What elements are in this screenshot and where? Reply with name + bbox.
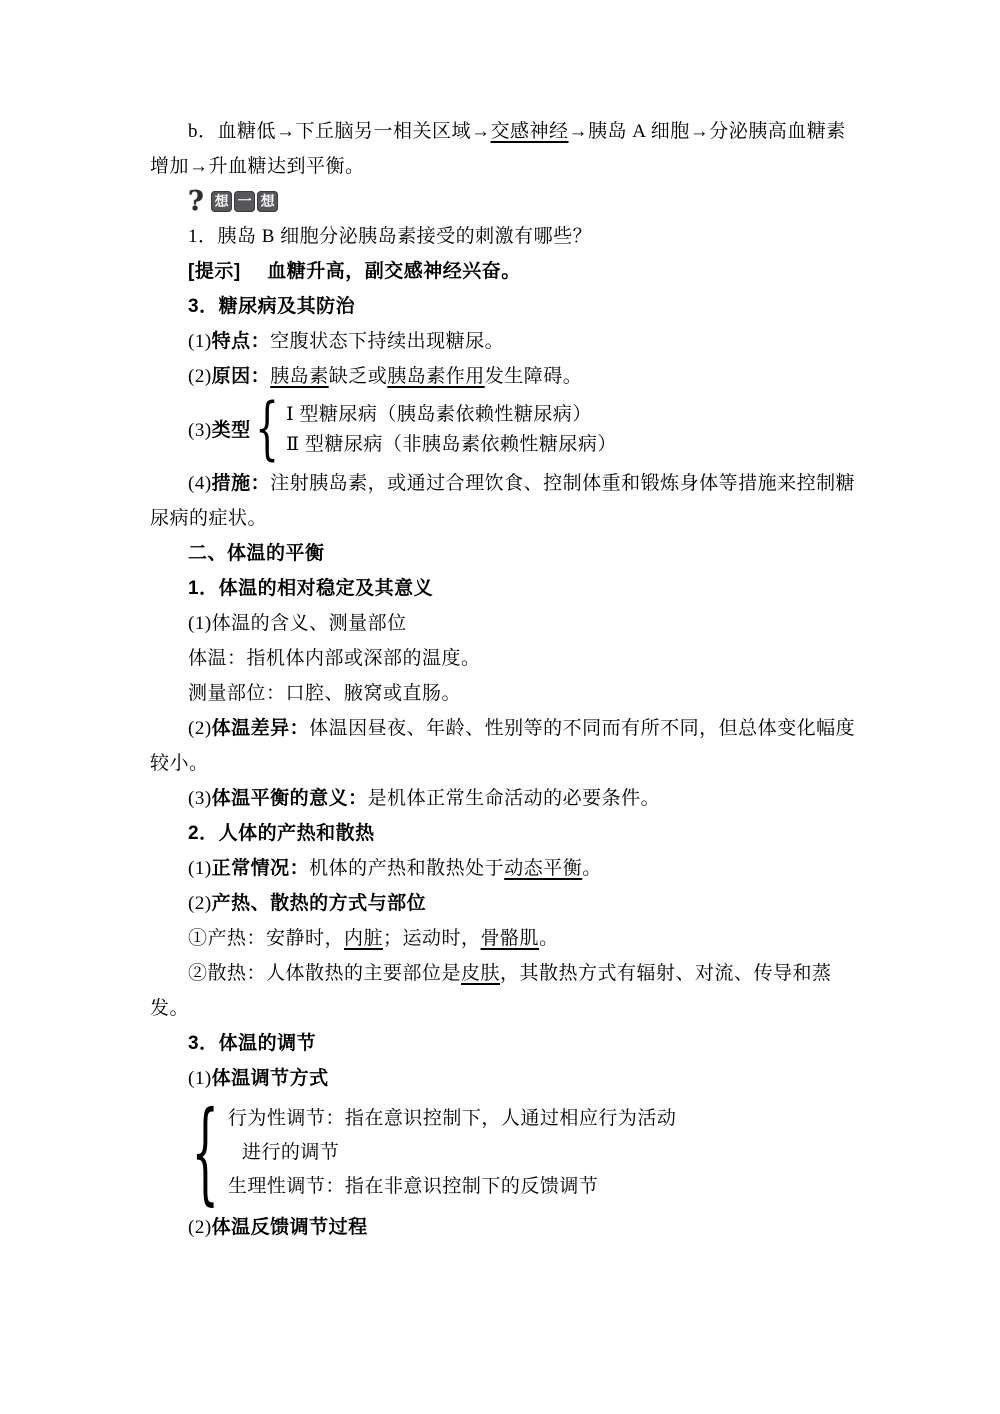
item-text: ①产热：安静时， [188,928,344,949]
temp-balance-meaning: (3)体温平衡的意义：是机体正常生命活动的必要条件。 [150,781,858,816]
brace-content: 行为性调节：指在意识控制下，人通过相应行为活动 进行的调节 生理性调节：指在非意… [228,1102,677,1204]
temp-meaning-title: (1)体温的含义、测量部位 [150,606,858,641]
item-text: 发生障碍。 [485,366,583,387]
item-number: (1) [188,331,212,352]
flow-prefix: b．血糖低→下丘脑另一相关区域→ [188,121,491,142]
item-number: (3) [188,420,212,441]
item-text: 是机体正常生命活动的必要条件。 [368,788,661,809]
physiological-regulation-line: 生理性调节：指在非意识控制下的反馈调节 [228,1170,677,1204]
heat-dissipation: ②散热：人体散热的主要部位是皮肤，其散热方式有辐射、对流、传导和蒸发。 [150,956,858,1026]
item-label: 类型 [212,420,251,441]
heading-section-2: 二、体温的平衡 [150,536,858,571]
brace-content: Ⅰ 型糖尿病（胰岛素依赖性糖尿病） Ⅱ 型糖尿病（非胰岛素依赖性糖尿病） [286,400,617,460]
item-number: (3) [188,788,212,809]
temp-definition: 体温：指机体内部或深部的温度。 [150,641,858,676]
heading-heat: 2．人体的产热和散热 [150,816,858,851]
diabetes-type-brace-group: (3)类型 { Ⅰ 型糖尿病（胰岛素依赖性糖尿病） Ⅱ 型糖尿病（非胰岛素依赖性… [150,400,858,460]
item-text: ②散热：人体散热的主要部位是 [188,963,461,984]
item-label: 特点： [212,331,271,352]
type-2-line: Ⅱ 型糖尿病（非胰岛素依赖性糖尿病） [286,430,617,460]
item-number: (2) [188,1217,212,1238]
item-label: 正常情况： [212,858,310,879]
regulation-brace-group: { 行为性调节：指在意识控制下，人通过相应行为活动 进行的调节 生理性调节：指在… [188,1102,858,1204]
item-number: (4) [188,473,212,494]
hint-line: [提示]血糖升高，副交感神经兴奋。 [150,254,858,289]
item-number: (2) [188,893,212,914]
heading-temp-stability: 1．体温的相对稳定及其意义 [150,571,858,606]
badge-char-box: 想 [211,191,232,212]
item-label: 措施： [212,473,271,494]
item-lead: (3)类型 [150,413,251,448]
underlined-term: 胰岛素作用 [387,366,485,387]
flow-underlined-term: 交感神经 [491,121,569,142]
underlined-term: 动态平衡 [504,858,582,879]
item-number: (2) [188,718,212,739]
item-text: 缺乏或 [329,366,388,387]
underlined-term: 皮肤 [461,963,500,984]
heat-production: ①产热：安静时，内脏；运动时，骨骼肌。 [150,921,858,956]
temp-difference: (2)体温差异：体温因昼夜、年龄、性别等的不同而有所不同，但总体变化幅度较小。 [150,711,858,781]
item-label: 原因： [212,366,271,387]
diabetes-feature: (1)特点：空腹状态下持续出现糖尿。 [150,324,858,359]
think-about-it-badge: ? 想 一 想 [150,184,858,219]
badge-char-box: 想 [257,191,278,212]
behavioral-regulation-continuation: 进行的调节 [228,1136,677,1170]
item-label: 体温反馈调节过程 [212,1217,368,1238]
left-brace: { [255,396,279,464]
underlined-term: 骨骼肌 [481,928,540,949]
underlined-term: 内脏 [344,928,383,949]
item-text: 。 [539,928,559,949]
hint-text: 血糖升高，副交感神经兴奋。 [267,261,521,282]
paragraph-glucagon-flow: b．血糖低→下丘脑另一相关区域→交感神经→胰岛 A 细胞→分泌胰高血糖素增加→升… [150,114,858,184]
regulation-mode-title: (1)体温调节方式 [150,1061,858,1096]
heading-diabetes: 3．糖尿病及其防治 [150,289,858,324]
hint-label: [提示] [188,261,241,282]
question-1: 1．胰岛 B 细胞分泌胰岛素接受的刺激有哪些？ [150,219,858,254]
item-label: 体温差异： [212,718,310,739]
item-text: 空腹状态下持续出现糖尿。 [270,331,504,352]
heat-normal: (1)正常情况：机体的产热和散热处于动态平衡。 [150,851,858,886]
item-text: ；运动时， [383,928,481,949]
item-label: 体温调节方式 [212,1068,329,1089]
badge-char-box: 一 [234,191,255,212]
document-page: b．血糖低→下丘脑另一相关区域→交感神经→胰岛 A 细胞→分泌胰高血糖素增加→升… [0,0,1000,1414]
behavioral-regulation-line: 行为性调节：指在意识控制下，人通过相应行为活动 [228,1102,677,1136]
item-label: 体温平衡的意义： [212,788,368,809]
heading-regulation: 3．体温的调节 [150,1026,858,1061]
item-number: (1) [188,858,212,879]
item-number: (2) [188,366,212,387]
diabetes-measures: (4)措施：注射胰岛素，或通过合理饮食、控制体重和锻炼身体等措施来控制糖尿病的症… [150,466,858,536]
item-text: 。 [582,858,602,879]
temp-measure-site: 测量部位：口腔、腋窝或直肠。 [150,676,858,711]
item-label: 产热、散热的方式与部位 [212,893,427,914]
heat-methods-title: (2)产热、散热的方式与部位 [150,886,858,921]
left-brace: { [191,1098,219,1209]
type-1-line: Ⅰ 型糖尿病（胰岛素依赖性糖尿病） [286,400,617,430]
item-text: 机体的产热和散热处于 [309,858,504,879]
document-body: b．血糖低→下丘脑另一相关区域→交感神经→胰岛 A 细胞→分泌胰高血糖素增加→升… [150,114,858,1245]
underlined-term: 胰岛素 [270,366,329,387]
feedback-process-title: (2)体温反馈调节过程 [150,1210,858,1245]
question-mark-icon: ? [188,188,204,215]
item-number: (1) [188,1068,212,1089]
